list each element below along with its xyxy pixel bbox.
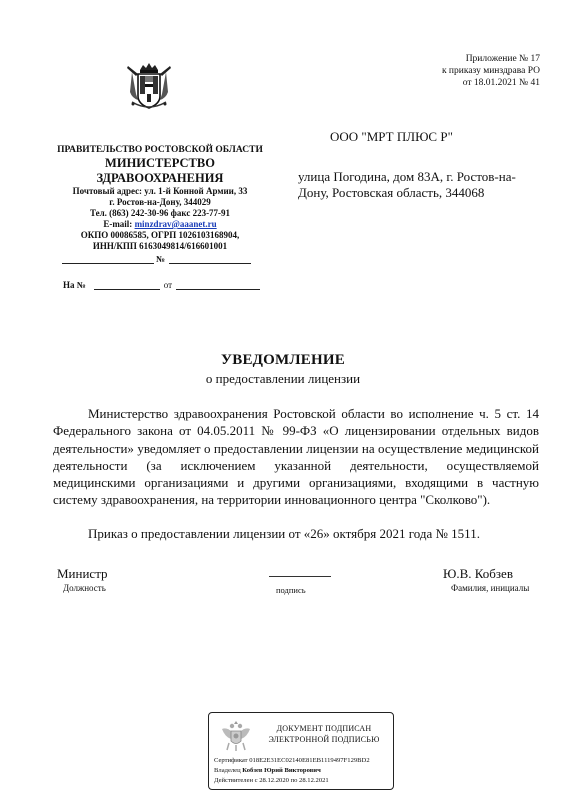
reply-reference-line: На № от (63, 280, 273, 290)
stamp-owner: Владелец Кобзев Юрий Викторович (214, 767, 321, 775)
reply-number-label: На № (63, 280, 86, 290)
registration-number-blank (169, 254, 251, 264)
recipient-name: ООО "МРТ ПЛЮС Р" (330, 129, 453, 145)
stamp-heading-line-2: ЭЛЕКТРОННОЙ ПОДПИСЬЮ (259, 734, 389, 745)
signature-caption: подпись (276, 585, 306, 595)
signer-name: Ю.В. Кобзев (443, 566, 513, 581)
document-title: УВЕДОМЛЕНИЕ (0, 352, 566, 369)
sender-email-label: E-mail: (103, 219, 134, 229)
reply-date-blank (176, 280, 260, 290)
appendix-line-1: Приложение № 17 (380, 53, 540, 65)
owner-value: Кобзев Юрий Викторович (242, 767, 321, 774)
reply-from-label: от (164, 280, 172, 290)
appendix-line-3: от 18.01.2021 № 41 (380, 77, 540, 89)
sender-inn: ИНН/КПП 6163049814/616601001 (40, 241, 280, 252)
signature-line (269, 576, 331, 577)
reply-number-blank (94, 280, 160, 290)
order-reference: Приказ о предоставлении лицензии от «26»… (53, 525, 539, 542)
sender-ministry-line-2: ЗДРАВООХРАНЕНИЯ (40, 171, 280, 186)
document-body: Министерство здравоохранения Ростовской … (53, 405, 539, 509)
sender-email-link[interactable]: minzdrav@aaanet.ru (135, 219, 217, 229)
registration-date-blank (62, 254, 154, 264)
certificate-label: Сертификат (214, 757, 249, 764)
sender-block: ПРАВИТЕЛЬСТВО РОСТОВСКОЙ ОБЛАСТИ МИНИСТЕ… (40, 144, 280, 252)
sender-okpo: ОКПО 00086585, ОГРП 1026103168904, (40, 230, 280, 241)
sender-government: ПРАВИТЕЛЬСТВО РОСТОВСКОЙ ОБЛАСТИ (40, 144, 280, 156)
signer-name-caption: Фамилия, инициалы (451, 583, 529, 593)
recipient-address: улица Погодина, дом 83А, г. Ростов-на-До… (298, 169, 538, 201)
sender-ministry-line-1: МИНИСТЕРСТВО (40, 156, 280, 171)
appendix-line-2: к приказу минздрава РО (380, 65, 540, 77)
russian-eagle-emblem-icon (219, 719, 253, 753)
registration-number-sign: № (156, 254, 165, 264)
stamp-heading: ДОКУМЕНТ ПОДПИСАН ЭЛЕКТРОННОЙ ПОДПИСЬЮ (259, 723, 389, 745)
document-subtitle: о предоставлении лицензии (0, 371, 566, 387)
stamp-heading-line-1: ДОКУМЕНТ ПОДПИСАН (259, 723, 389, 734)
sender-city: г. Ростов-на-Дону, 344029 (40, 197, 280, 208)
stamp-certificate: Сертификат 018E2E31EC02140E81EB1119497F1… (214, 757, 370, 765)
sender-postal-address: Почтовый адрес: ул. 1-й Конной Армии, 33 (40, 186, 280, 197)
sender-phone: Тел. (863) 242-30-96 факс 223-77-91 (40, 208, 280, 219)
signer-position: Министр (57, 566, 108, 581)
appendix-reference: Приложение № 17 к приказу минздрава РО о… (380, 53, 540, 89)
owner-label: Владелец (214, 767, 242, 774)
stamp-validity: Действителен с 28.12.2020 по 28.12.2021 (214, 777, 329, 785)
electronic-signature-stamp: ДОКУМЕНТ ПОДПИСАН ЭЛЕКТРОННОЙ ПОДПИСЬЮ С… (208, 712, 394, 790)
signer-position-caption: Должность (63, 583, 106, 593)
sender-email-row: E-mail: minzdrav@aaanet.ru (40, 219, 280, 230)
certificate-value: 018E2E31EC02140E81EB1119497F129BD2 (249, 757, 369, 764)
registration-number-line: № (62, 254, 262, 264)
coat-of-arms-icon (126, 62, 172, 112)
